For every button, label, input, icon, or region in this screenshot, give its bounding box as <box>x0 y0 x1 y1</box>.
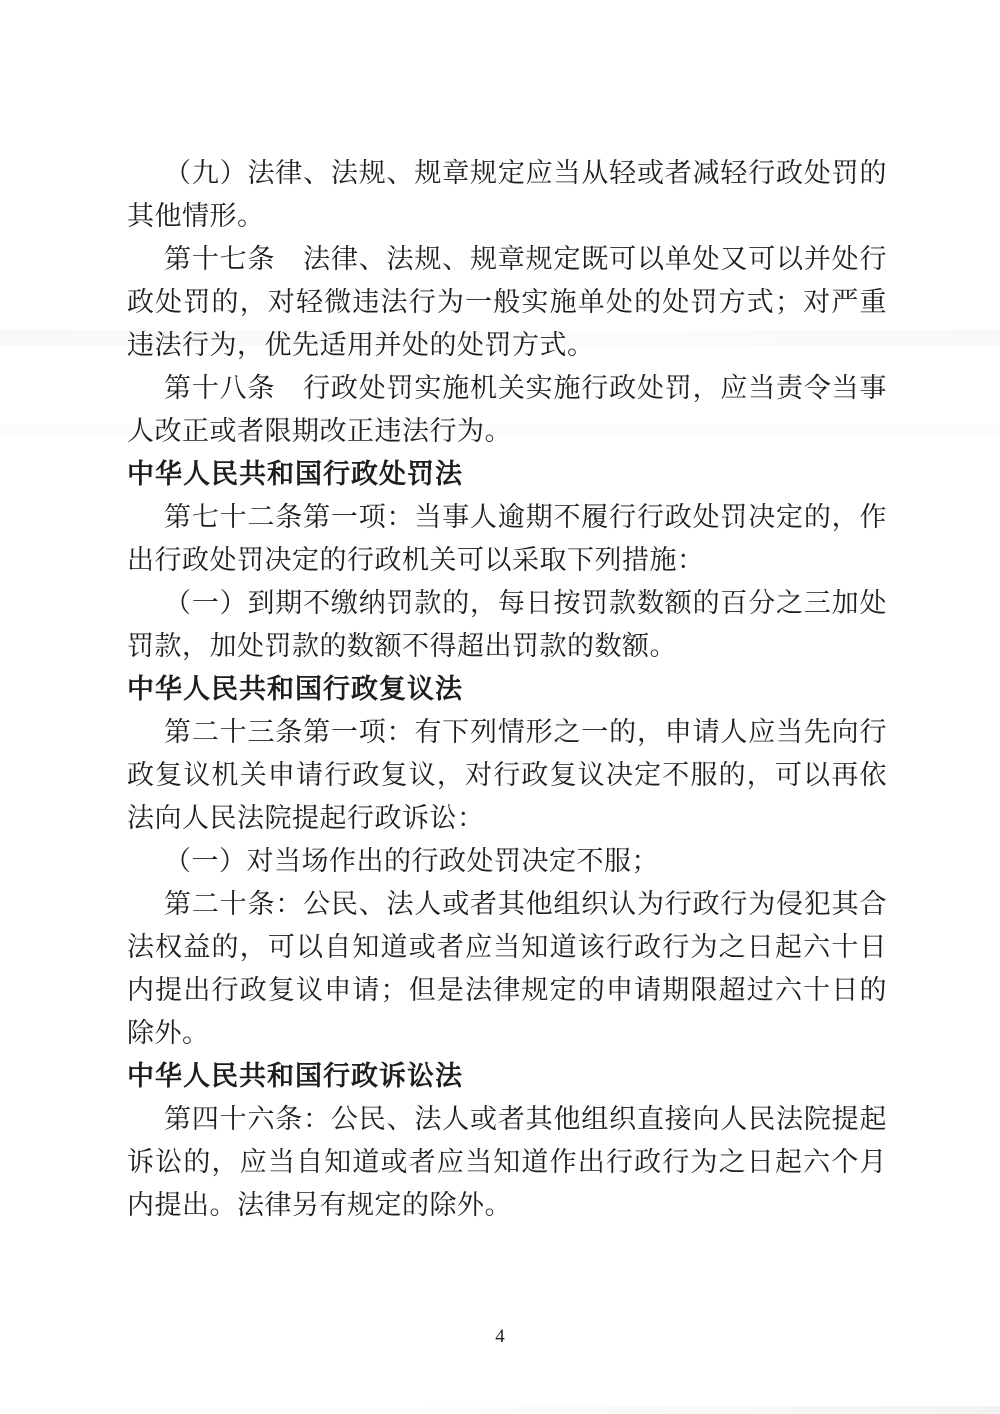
section-heading-penalty-law: 中华人民共和国行政处罚法 <box>127 453 887 496</box>
paragraph-item-1-late-fine: （一）到期不缴纳罚款的，每日按罚款数额的百分之三加处罚款，加处罚款的数额不得超出… <box>127 582 887 668</box>
section-heading-litigation-law: 中华人民共和国行政诉讼法 <box>127 1055 887 1098</box>
paragraph-item-1-on-spot-decision: （一）对当场作出的行政处罚决定不服； <box>127 840 887 883</box>
paragraph-item-9-mitigation: （九）法律、法规、规章规定应当从轻或者减轻行政处罚的其他情形。 <box>127 152 887 238</box>
paragraph-article-46: 第四十六条：公民、法人或者其他组织直接向人民法院提起诉讼的，应当自知道或者应当知… <box>127 1098 887 1227</box>
paragraph-article-23-item-1: 第二十三条第一项：有下列情形之一的，申请人应当先向行政复议机关申请行政复议，对行… <box>127 711 887 840</box>
document-page: （九）法律、法规、规章规定应当从轻或者减轻行政处罚的其他情形。 第十七条 法律、… <box>0 0 1000 1414</box>
paragraph-article-20: 第二十条：公民、法人或者其他组织认为行政行为侵犯其合法权益的，可以自知道或者应当… <box>127 883 887 1055</box>
paragraph-article-18: 第十八条 行政处罚实施机关实施行政处罚，应当责令当事人改正或者限期改正违法行为。 <box>127 367 887 453</box>
page-number: 4 <box>0 1326 1000 1348</box>
scan-artifact-edge <box>0 1406 1000 1414</box>
paragraph-article-17: 第十七条 法律、法规、规章规定既可以单处又可以并处行政处罚的，对轻微违法行为一般… <box>127 238 887 367</box>
section-heading-reconsideration-law: 中华人民共和国行政复议法 <box>127 668 887 711</box>
document-body: （九）法律、法规、规章规定应当从轻或者减轻行政处罚的其他情形。 第十七条 法律、… <box>127 152 887 1227</box>
paragraph-article-72-item-1: 第七十二条第一项：当事人逾期不履行行政处罚决定的，作出行政处罚决定的行政机关可以… <box>127 496 887 582</box>
